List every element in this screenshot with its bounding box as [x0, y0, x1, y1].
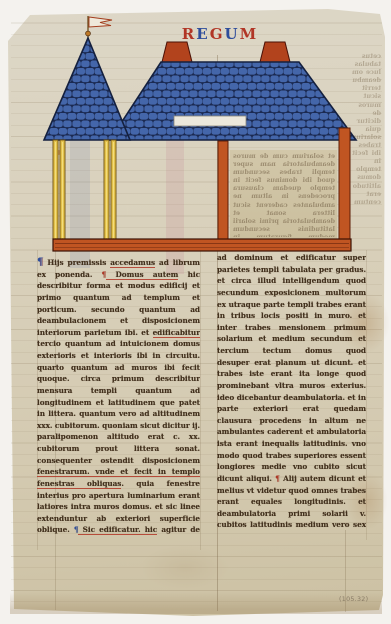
title-letter: R — [182, 25, 196, 44]
title-letter: G — [210, 25, 225, 44]
roof-white-slot — [174, 116, 246, 126]
manuscript-photo: cetus tabulas luce om deambulatoria terr… — [0, 0, 391, 624]
title-letter: U — [225, 25, 240, 44]
text-segment: ad dominum et edificatur super parietes … — [217, 253, 366, 483]
pole-knob — [86, 31, 91, 36]
text-column-right: ad dominum et edificatur super parietes … — [217, 252, 366, 531]
rubricated-underline: Sic edificatur. hic — [78, 525, 157, 535]
temple-spire — [44, 38, 130, 140]
text-segment: hic describitur forma et modus edificij … — [37, 270, 200, 337]
main-roof — [110, 62, 356, 140]
title-letter: M — [240, 25, 259, 44]
text-segment: Hijs premissis — [47, 258, 110, 267]
leaf-bottom-shading — [10, 592, 382, 614]
text-column-left: ¶ Hijs premissis accedamus ad librum ex … — [37, 257, 200, 536]
right-chimney — [260, 42, 290, 62]
rubricated-underline: edificabitur — [153, 328, 200, 338]
rubricated-underline: Domus autem — [106, 270, 178, 280]
blue-initial-mark: ¶ — [37, 257, 43, 268]
left-chimney — [162, 42, 192, 62]
bottom-beam — [53, 239, 351, 251]
rubricated-underline: accedamus — [110, 258, 155, 268]
book-title: R E G U M — [182, 25, 258, 44]
yellow-columns — [53, 140, 116, 240]
pennant-flag — [89, 17, 112, 27]
title-letter: E — [196, 25, 209, 44]
middle-red-post — [218, 141, 228, 240]
right-red-post — [339, 128, 350, 240]
text-segment: tercio quantum ad intuicionem domus exte… — [37, 339, 200, 464]
